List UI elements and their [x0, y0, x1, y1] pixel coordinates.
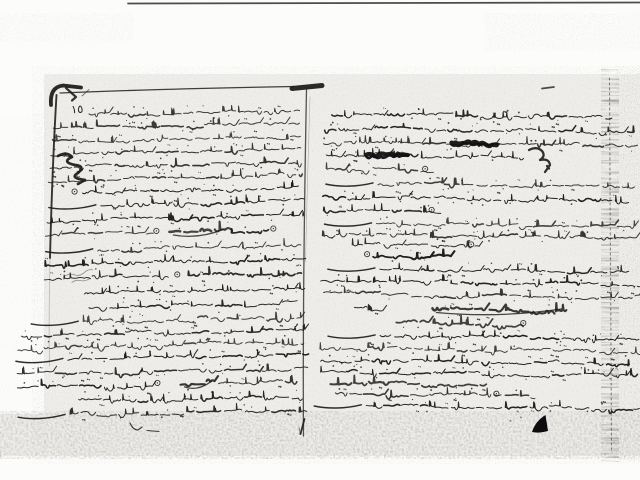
- scan-canvas: [0, 0, 640, 480]
- left-margin-specks: [0, 120, 46, 420]
- right-edge-grain: [616, 74, 640, 454]
- gutter-top-corner: [292, 86, 322, 89]
- page-number: ١٥: [71, 102, 84, 117]
- top-border-line: [128, 3, 640, 4]
- edge-ink-dot: [62, 186, 64, 187]
- top-right-specks: [488, 14, 640, 50]
- top-left-specks: [0, 14, 130, 40]
- manuscript-scan: ١٥: [0, 0, 640, 480]
- scan-background: [0, 0, 640, 480]
